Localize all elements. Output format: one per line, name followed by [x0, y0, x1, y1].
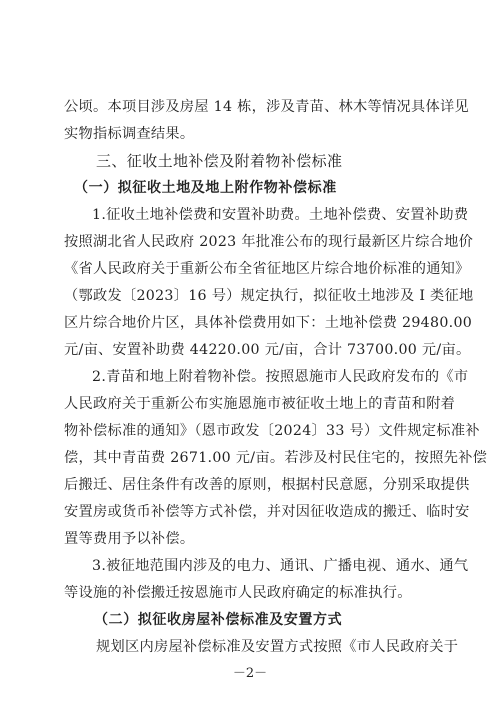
paragraph-line: 偿，其中青苗费 2671.00 元/亩。若涉及村民住宅的，按照先补偿	[64, 448, 436, 468]
paragraph-line: 规划区内房屋补偿标准及安置方式按照《市人民政府关于	[96, 637, 436, 657]
paragraph-line: 3.被征地范围内涉及的电力、通讯、广播电视、通水、通气	[64, 556, 436, 576]
page-number: －2－	[0, 662, 500, 681]
paragraph-line: 1.征收土地补偿费和安置补助费。土地补偿费、安置补助费	[64, 205, 436, 225]
paragraph-line: 公顷。本项目涉及房屋 14 栋，涉及青苗、林木等情况具体详见	[64, 97, 436, 117]
paragraph-line: 安置房或货币补偿等方式补偿，并对因征收造成的搬迁、临时安	[64, 502, 436, 522]
document-page: 公顷。本项目涉及房屋 14 栋，涉及青苗、林木等情况具体详见 实物指标调查结果。…	[0, 0, 500, 707]
paragraph-line: 《省人民政府关于重新公布全省征地区片综合地价标准的通知》	[64, 259, 436, 279]
paragraph-line: 物补偿标准的通知》（恩市政发〔2024〕33 号）文件规定标准补	[64, 421, 436, 441]
paragraph-line: 置等费用予以补偿。	[64, 529, 436, 549]
paragraph-line: 2.青苗和地上附着物补偿。按照恩施市人民政府发布的《市	[64, 367, 436, 387]
paragraph-line: 区片综合地价片区，具体补偿费用如下：土地补偿费 29480.00	[64, 313, 436, 333]
paragraph-line: 实物指标调查结果。	[64, 124, 436, 144]
section-heading: 三、征收土地补偿及附着物补偿标准	[96, 151, 468, 171]
paragraph-line: 按照湖北省人民政府 2023 年批准公布的现行最新区片综合地价	[64, 232, 436, 252]
subsection-heading: （二）拟征收房屋补偿标准及安置方式	[94, 610, 466, 630]
paragraph-line: （鄂政发〔2023〕16 号）规定执行，拟征收土地涉及 I 类征地	[64, 286, 436, 306]
paragraph-line: 人民政府关于重新公布实施恩施市被征收土地上的青苗和附着	[64, 394, 436, 414]
paragraph-line: 等设施的补偿搬迁按恩施市人民政府确定的标准执行。	[64, 583, 436, 603]
paragraph-line: 元/亩、安置补助费 44220.00 元/亩，合计 73700.00 元/亩。	[64, 340, 436, 360]
subsection-heading: （一）拟征收土地及地上附作物补偿标准	[74, 178, 446, 198]
paragraph-line: 后搬迁、居住条件有改善的原则，根据村民意愿，分别采取提供	[64, 475, 436, 495]
